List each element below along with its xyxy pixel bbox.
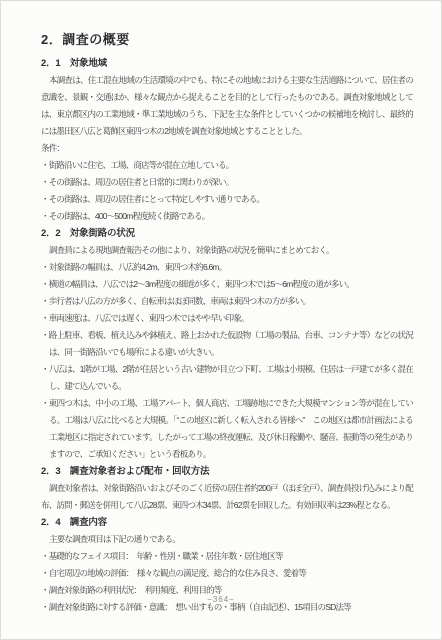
document-page: 2．調査の概要 2．1 対象地域本調査は、住工混在地域の生活環境の中でも、特にそ… [0, 0, 442, 640]
bullet-item: ・街路沿いに住宅、工場、商店等が混在立地している。 [41, 157, 413, 174]
paragraph: 条件： [41, 140, 413, 157]
bullet-item: ・歩行者は八広の方が多く、自転車はほぼ同数、車両は東四つ木の方が多い。 [41, 293, 413, 310]
document-body: 2．1 対象地域本調査は、住工混在地域の生活環境の中でも、特にその地域における主… [41, 55, 413, 616]
paragraph: 主要な調査項目は下記の通りである。 [41, 531, 413, 548]
bullet-item: ・車両速度は、八広では遅く、東四つ木ではやや早い印象。 [41, 310, 413, 327]
section-heading: 2．3 調査対象者および配布・回収方法 [41, 463, 413, 480]
page-number: −364− [1, 595, 441, 604]
bullet-item: ・東四つ木は、中小の工場、工場アパート、個人商店、工場跡地にできた大規模マンショ… [41, 395, 413, 463]
bullet-item: ・その街路は、周辺の居住者にとって特定しやすい通りである。 [41, 191, 413, 208]
section-heading: 2．4 調査内容 [41, 514, 413, 531]
paragraph: 調査員による現地調査報告その他により、対象街路の状況を簡単にまとめておく。 [41, 242, 413, 259]
section-heading: 2．1 対象地域 [41, 55, 413, 72]
bullet-item: ・その街路は、400～500m程度続く街路である。 [41, 208, 413, 225]
bullet-item: ・基礎的なフェイス項目： 年齢・性別・職業・居住年数・居住地区等 [41, 548, 413, 565]
bullet-item: ・路上駐車、看板、植え込みや鉢植え、路上おかれた仮設物（工場の製品、台車、コンテ… [41, 327, 413, 361]
paragraph: 本調査は、住工混在地域の生活環境の中でも、特にその地域における主要な生活道路につ… [41, 72, 413, 140]
document-content: 2．調査の概要 2．1 対象地域本調査は、住工混在地域の生活環境の中でも、特にそ… [41, 31, 413, 616]
bullet-item: ・横道の幅員は、八広では2～3m程度の細道が多く、東四つ木では5～6m程度の道が… [41, 276, 413, 293]
page-title: 2．調査の概要 [41, 31, 413, 49]
section-heading: 2．2 対象街路の状況 [41, 225, 413, 242]
bullet-item: ・その街路は、周辺の居住者と日常的に関わりが深い。 [41, 174, 413, 191]
bullet-item: ・八広は、1階が工場、2階が住居という古い建物が目立つ下町、工場は小規模、住居は… [41, 361, 413, 395]
bullet-item: ・自宅周辺の地域の評価： 様々な観点の満足度、総合的な住み良さ、愛着等 [41, 565, 413, 582]
paragraph: 調査対象者は、対象街路沿いおよびそのごく近傍の居住者約200戸（ほぼ全戸）、調査… [41, 480, 413, 514]
bullet-item: ・対象街路の幅員は、八広約4.2m、東四つ木約6.6m。 [41, 259, 413, 276]
